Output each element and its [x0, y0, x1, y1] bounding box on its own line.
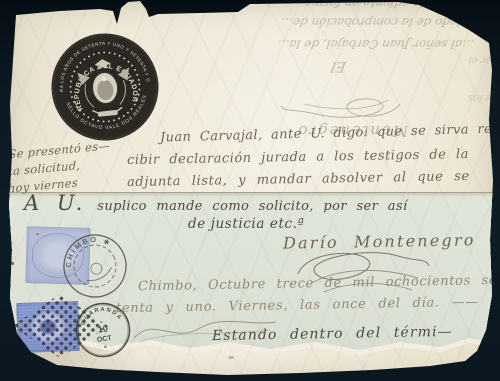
petition-request: suplico mande como solicito, por ser así: [97, 199, 407, 214]
guaranda-month: OCT: [97, 335, 113, 344]
foxing-speck: [6, 250, 10, 253]
ecuador-revenue-seal: PARA LOS AÑOS DE SETENTA Y UNO Y SETENTA…: [50, 30, 160, 144]
verso-signature-rubric-flourish: [278, 92, 408, 122]
foxing-speck: [11, 262, 14, 265]
verso-line: El: [299, 58, 348, 74]
verso-line: por el: [427, 54, 499, 65]
photographed-document: …se me dió la adjunta en forma… …cuidado…: [0, 0, 500, 381]
petition-closing: de justicia etc.ª: [188, 216, 305, 232]
guaranda-day: 10: [97, 323, 108, 334]
signature-rubric-flourish: [286, 244, 431, 302]
verso-line: de los: [437, 92, 499, 103]
verso-line: …se me dió la adjunta en forma…: [237, 0, 499, 10]
petition-line: A U.suplico mande como solicito, por ser…: [24, 191, 408, 215]
salutation: A U.: [24, 191, 85, 215]
verso-line: …al señor Juan Carbajal, de la…: [243, 37, 475, 51]
body-line-1: Juan Carvajal, ante U. digo: que se sirv…: [160, 121, 500, 145]
guaranda-datestamp: GUARANDA 10 OCT: [70, 297, 136, 363]
body-line-3: adjunta lista, y mandar absolver al que …: [127, 169, 470, 190]
foxing-speck: [36, 233, 39, 235]
verso-line: …cuidado de la comprobación de…: [249, 15, 496, 29]
smudge: [228, 356, 234, 359]
margin-filing-note: Se presentó es— ta solicitud, hoy vierne…: [8, 137, 111, 197]
manuscript-paper: …se me dió la adjunta en forma… …cuidado…: [0, 0, 500, 381]
